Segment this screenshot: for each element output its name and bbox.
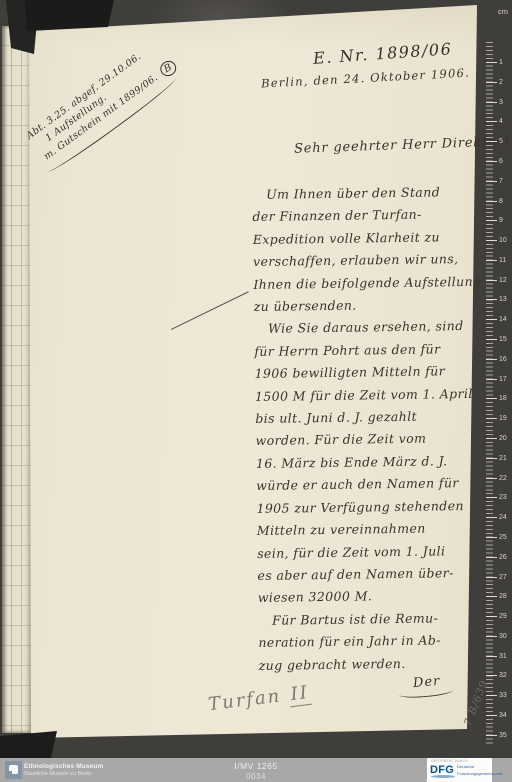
registry-note: Abt. 3.25. abgef. 29.10.06. 1 Aufstellun… (24, 37, 179, 165)
ruler-tick (486, 398, 497, 399)
body-line: 1906 bewilligten Mitteln für (255, 360, 483, 386)
body-line: neration für ein Jahr in Ab- (258, 629, 486, 655)
body-line: Ihnen die beifolgende Aufstellung (253, 270, 481, 296)
ruler-tick-label: 34 (499, 712, 507, 719)
body-line: verschaffen, erlauben wir uns, (253, 248, 481, 274)
ruler-tick-label: 33 (499, 692, 507, 699)
ruler-tick (486, 280, 497, 281)
ruler-tick (486, 577, 497, 578)
body-line: bis ult. Juni d. J. gezahlt (255, 405, 483, 431)
ruler-tick (486, 478, 497, 479)
ruler-tick (486, 141, 497, 142)
ruler-tick (486, 181, 497, 182)
ruler-tick-label: 1 (499, 59, 503, 66)
ruler-tick-label: 13 (499, 296, 507, 303)
body-line: Um Ihnen über den Stand (266, 181, 480, 206)
salutation: Sehr geehrter Herr Direktor! (294, 134, 510, 157)
ruler-tick-label: 35 (499, 732, 507, 739)
ruler-tick-label: 7 (499, 178, 503, 185)
ruler-tick-label: 11 (499, 257, 506, 264)
ruler-tick (486, 438, 497, 439)
ruler-tick-label: 15 (499, 336, 507, 343)
ruler-tick-label: 22 (499, 475, 507, 482)
ruler-tick (486, 359, 497, 360)
ruler-tick (486, 339, 497, 340)
ruler-tick-label: 2 (499, 79, 503, 86)
ruler-tick (486, 517, 497, 518)
ruler-tick (486, 715, 497, 716)
ruler-tick-label: 28 (499, 593, 507, 600)
body-line: wiesen 32000 M. (258, 584, 486, 610)
ruler-tick-label: 6 (499, 158, 503, 165)
letter-entry-number: E. Nr. 1898/06 (313, 39, 453, 68)
body-line: 1905 zur Verfügung stehenden (256, 494, 484, 520)
body-line: für Herrn Pohrt aus den für (254, 338, 482, 364)
ruler-tick (486, 161, 497, 162)
ruler-tick (486, 656, 497, 657)
ruler-tick (486, 497, 497, 498)
ruler-tick-label: 29 (499, 613, 507, 620)
body-line: Expedition volle Klarheit zu (253, 226, 481, 252)
ruler-tick-label: 8 (499, 198, 503, 205)
pencil-note-numeral: II (287, 682, 312, 708)
ruler-tick-label: 10 (499, 237, 507, 244)
ruler-tick-label: 24 (499, 514, 507, 521)
ruler-tick (486, 379, 497, 380)
ruler-tick-label: 32 (499, 672, 507, 679)
dfg-logo: GEFÖRDERT DURCH DFG Deutsche Forschungsg… (427, 758, 492, 782)
body-line: der Finanzen der Turfan- (252, 203, 480, 229)
ruler-tick (486, 121, 497, 122)
ruler-tick-label: 5 (499, 138, 503, 145)
body-line: sein, für die Zeit vom 1. Juli (257, 539, 485, 565)
ruler-tick-label: 25 (499, 534, 507, 541)
ruler-tick (486, 299, 497, 300)
ruler-tick (486, 735, 497, 736)
ruler-tick-label: 31 (499, 653, 507, 660)
ruler-tick-label: 4 (499, 118, 503, 125)
ruler-tick (486, 537, 497, 538)
body-line: Für Bartus ist die Remu- (272, 606, 486, 631)
funding-name-line: Forschungsgemeinschaft (457, 772, 502, 776)
funding-name: Deutsche Forschungsgemeinschaft (457, 765, 512, 779)
ruler-tick (486, 458, 497, 459)
dfg-swoosh (431, 775, 455, 778)
body-line: worden. Für die Zeit vom (255, 427, 483, 453)
ruler-tick-label: 16 (499, 356, 507, 363)
ruler-tick (486, 616, 497, 617)
ruler-tick-label: 26 (499, 554, 507, 561)
letter-dateline: Berlin, den 24. Oktober 1906. (261, 66, 470, 91)
funding-label: GEFÖRDERT DURCH (431, 760, 468, 763)
ruler-tick (486, 636, 497, 637)
ruler-tick (486, 557, 497, 558)
ruler-tick-label: 17 (499, 376, 507, 383)
pencil-note: Turfan II (207, 682, 312, 715)
body-line: Wie Sie daraus ersehen, sind (268, 315, 482, 340)
ruler-tick (486, 260, 497, 261)
body-line: 16. März bis Ende März d. J. (256, 450, 484, 476)
ruler-mm-ticks (486, 42, 493, 744)
ruler-tick (486, 201, 497, 202)
background-smudge (150, 0, 290, 60)
footer-bar: Ethnologisches Museum Staatliche Museen … (0, 758, 512, 782)
body-line: würde er auch den Namen für (256, 472, 484, 498)
body-line: 1500 M für die Zeit vom 1. April (255, 382, 483, 408)
ruler-tick (486, 319, 497, 320)
ruler-unit-label: cm (498, 7, 508, 16)
ruler-tick-label: 21 (499, 455, 507, 462)
stray-ink-stroke (171, 291, 249, 330)
body-line: es aber auf den Namen über- (257, 562, 485, 588)
ruler-tick (486, 82, 497, 83)
ruler-tick (486, 220, 497, 221)
ruler-tick (486, 596, 497, 597)
scan-viewer: E. Nr. 1898/06 Berlin, den 24. Oktober 1… (0, 0, 512, 782)
ruler-tick (486, 240, 497, 241)
ruler: cm 1234567891011121314151617181920212223… (484, 0, 512, 756)
signature-flourish (399, 686, 454, 700)
ruler-tick (486, 62, 497, 63)
ruler-tick-label: 20 (499, 435, 507, 442)
ruler-tick (486, 102, 497, 103)
ruler-tick-label: 19 (499, 415, 507, 422)
ruler-tick-label: 12 (499, 277, 507, 284)
body-line: zug gebracht werden. (259, 651, 487, 677)
ruler-tick-label: 27 (499, 574, 507, 581)
funding-name-line: Deutsche (457, 765, 502, 769)
ruler-tick-label: 9 (499, 217, 503, 224)
letter-body: Um Ihnen über den Standder Finanzen der … (252, 181, 487, 677)
ruler-tick-label: 30 (499, 633, 507, 640)
body-line: Mitteln zu vereinnahmen (257, 517, 485, 543)
pencil-note-word: Turfan (207, 685, 282, 715)
ruler-tick-label: 3 (499, 99, 503, 106)
ruler-tick-label: 23 (499, 494, 507, 501)
ruler-tick-label: 18 (499, 395, 507, 402)
body-line: zu übersenden. (254, 293, 482, 319)
ruler-tick-label: 14 (499, 316, 507, 323)
ruler-tick (486, 695, 497, 696)
ruler-tick (486, 675, 497, 676)
ruler-tick (486, 418, 497, 419)
